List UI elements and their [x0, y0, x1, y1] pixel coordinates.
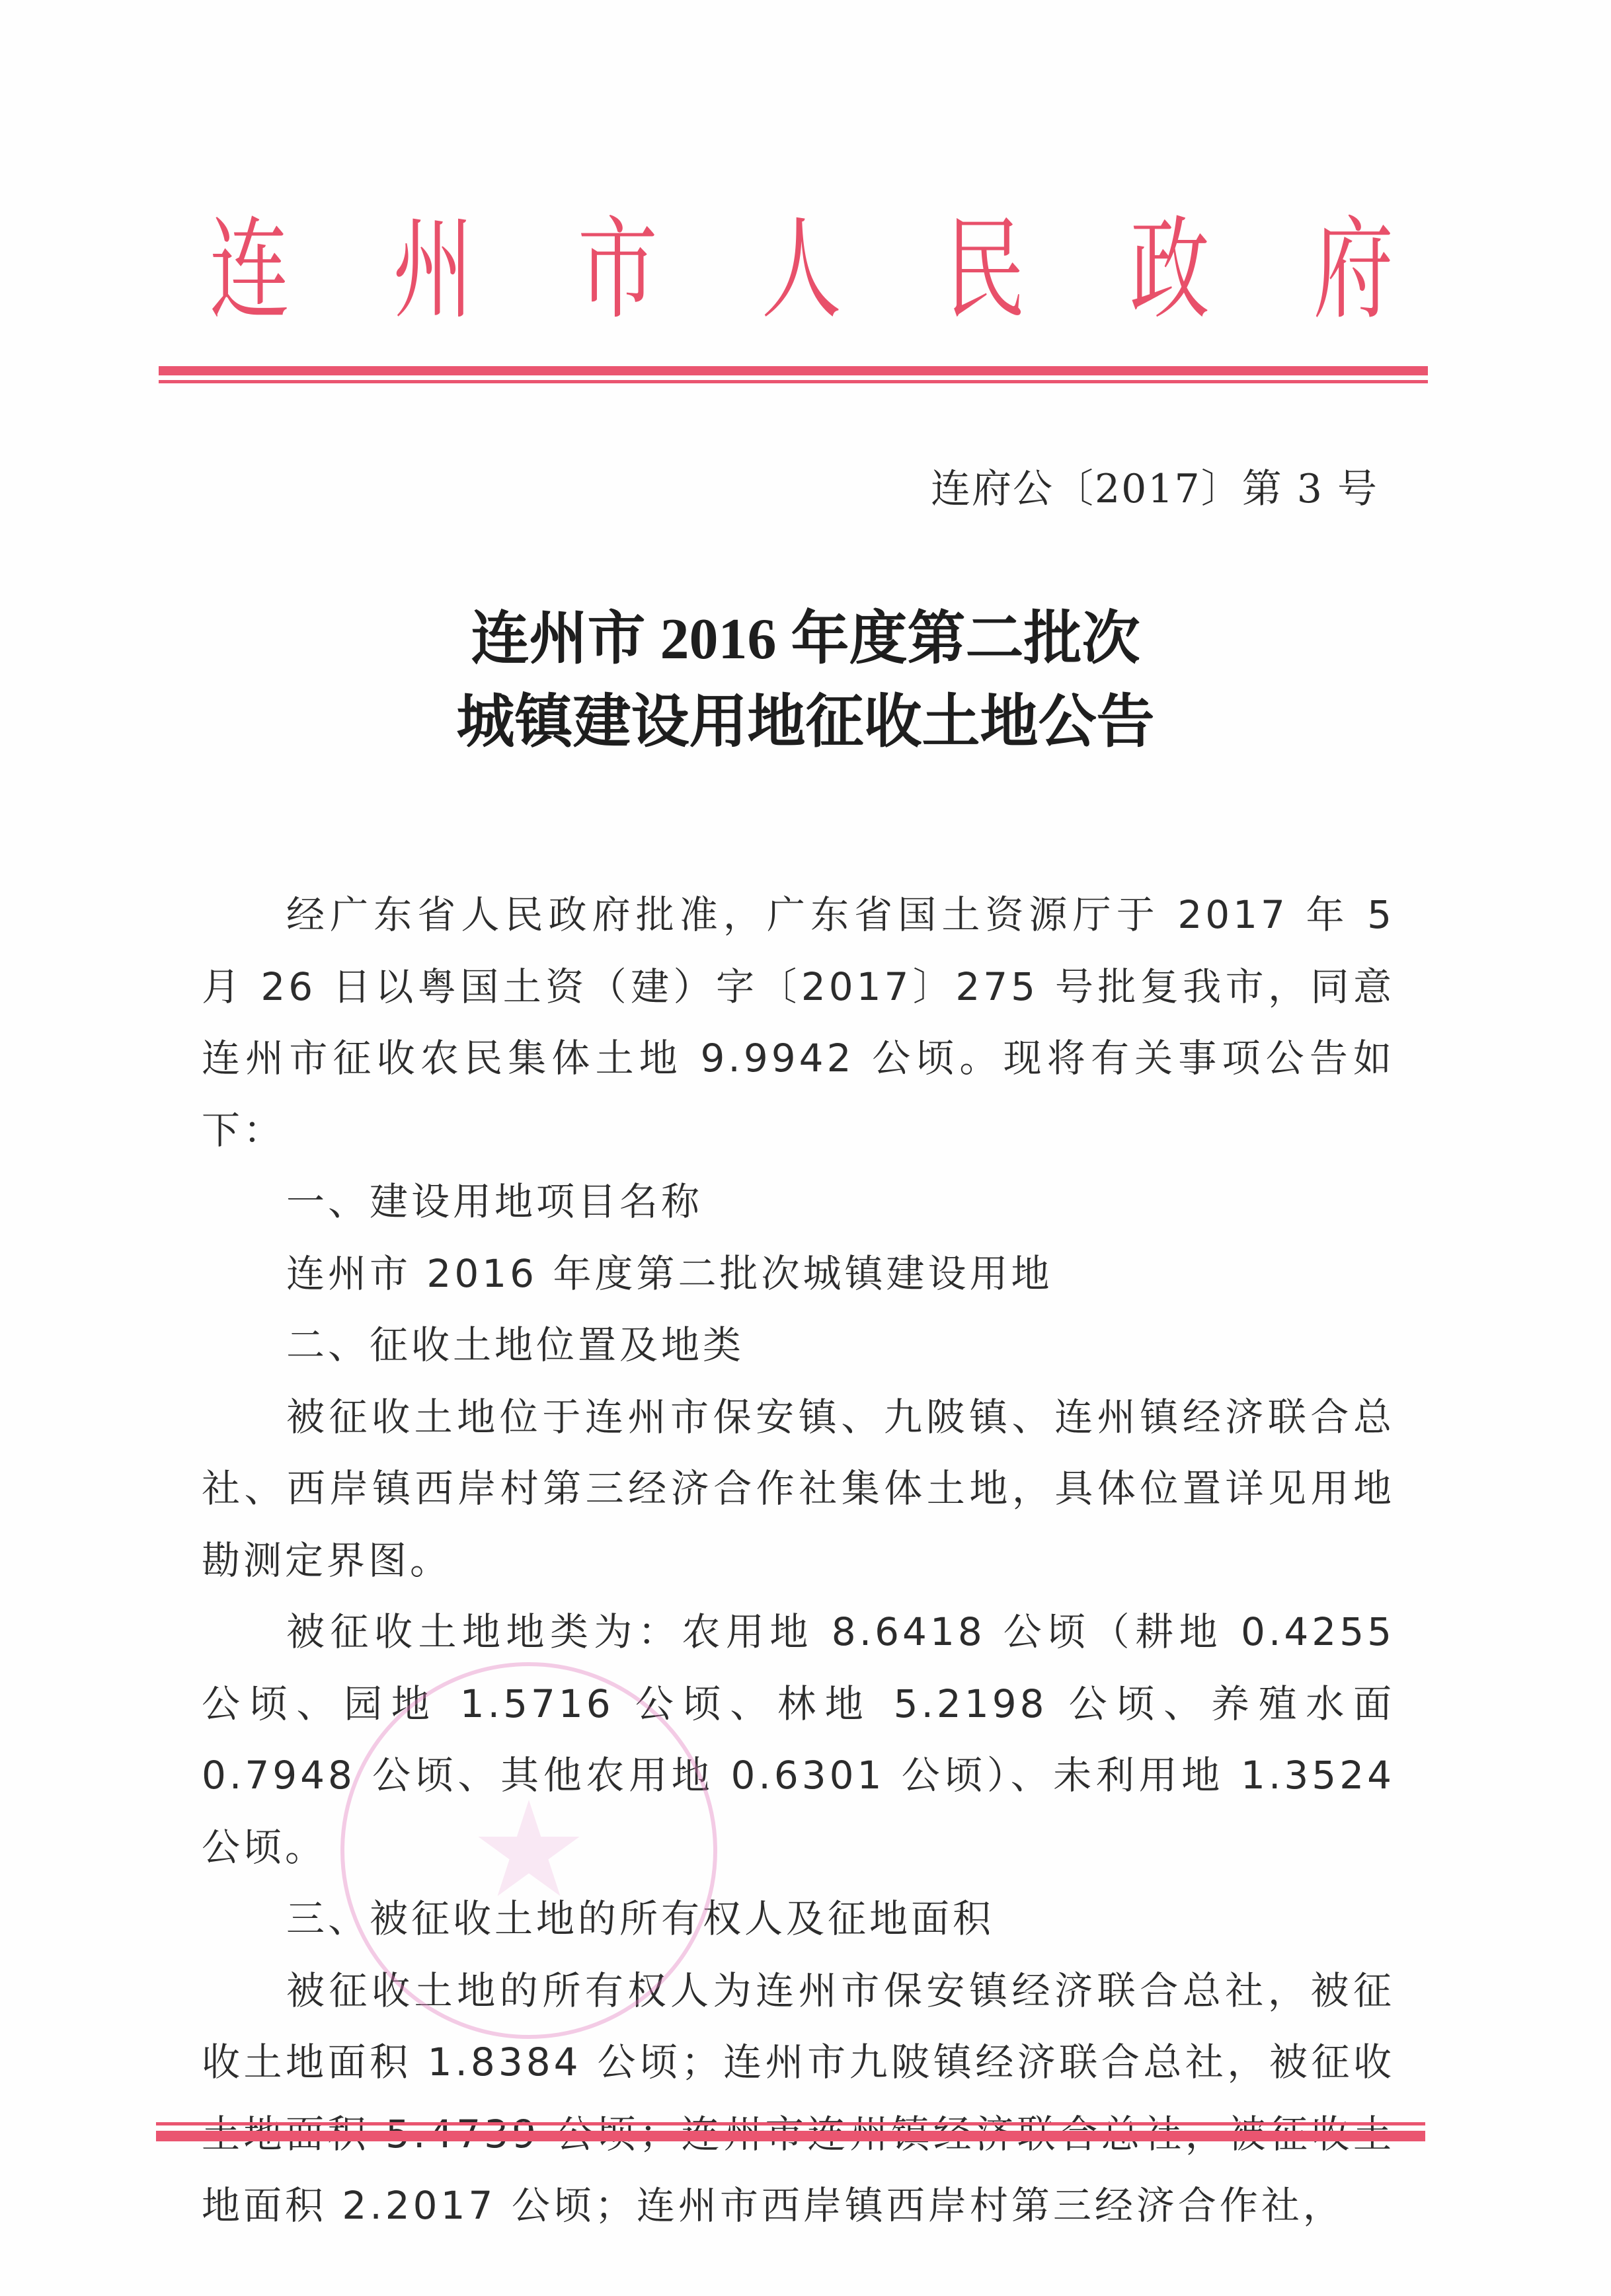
section-heading-2: 二、征收土地位置及地类 [202, 1309, 1395, 1381]
masthead-char: 州 [393, 210, 450, 329]
document-page: 连 州 市 人 民 政 府 连府公〔2017〕第 3 号 连州市 2016 年度… [0, 0, 1611, 2296]
footer-red-rule-thin [156, 2122, 1425, 2125]
body-paragraph: 被征收土地位于连州市保安镇、九陂镇、连州镇经济联合总社、西岸镇西岸村第三经济合作… [202, 1381, 1395, 1597]
masthead-char: 民 [945, 210, 1002, 329]
body-paragraph: 被征收土地地类为：农用地 8.6418 公顷（耕地 0.4255 公顷、园地 1… [202, 1596, 1395, 1883]
body-paragraph: 连州市 2016 年度第二批次城镇建设用地 [202, 1238, 1395, 1310]
masthead-title: 连 州 市 人 民 政 府 [198, 210, 1382, 329]
heading-line-2: 城镇建设用地征收土地公告 [0, 681, 1611, 765]
header-red-rule-thick [159, 366, 1428, 375]
document-body: 经广东省人民政府批准，广东省国土资源厅于 2017 年 5 月 26 日以粤国土… [202, 879, 1395, 2242]
heading-line-1: 连州市 2016 年度第二批次 [0, 598, 1611, 681]
header-red-rule-thin [159, 380, 1428, 383]
document-heading: 连州市 2016 年度第二批次 城镇建设用地征收土地公告 [0, 598, 1611, 765]
masthead-char: 市 [577, 210, 634, 329]
footer-red-rule-thick [156, 2131, 1425, 2141]
section-heading-1: 一、建设用地项目名称 [202, 1166, 1395, 1238]
body-paragraph: 经广东省人民政府批准，广东省国土资源厅于 2017 年 5 月 26 日以粤国土… [202, 879, 1395, 1166]
masthead-char: 政 [1129, 210, 1186, 329]
masthead-char: 连 [210, 210, 266, 329]
body-paragraph: 被征收土地的所有权人为连州市保安镇经济联合总社，被征收土地面积 1.8384 公… [202, 1955, 1395, 2242]
document-number: 连府公〔2017〕第 3 号 [931, 463, 1378, 516]
masthead-char: 府 [1314, 210, 1370, 329]
masthead-char: 人 [762, 210, 818, 329]
section-heading-3: 三、被征收土地的所有权人及征地面积 [202, 1883, 1395, 1955]
